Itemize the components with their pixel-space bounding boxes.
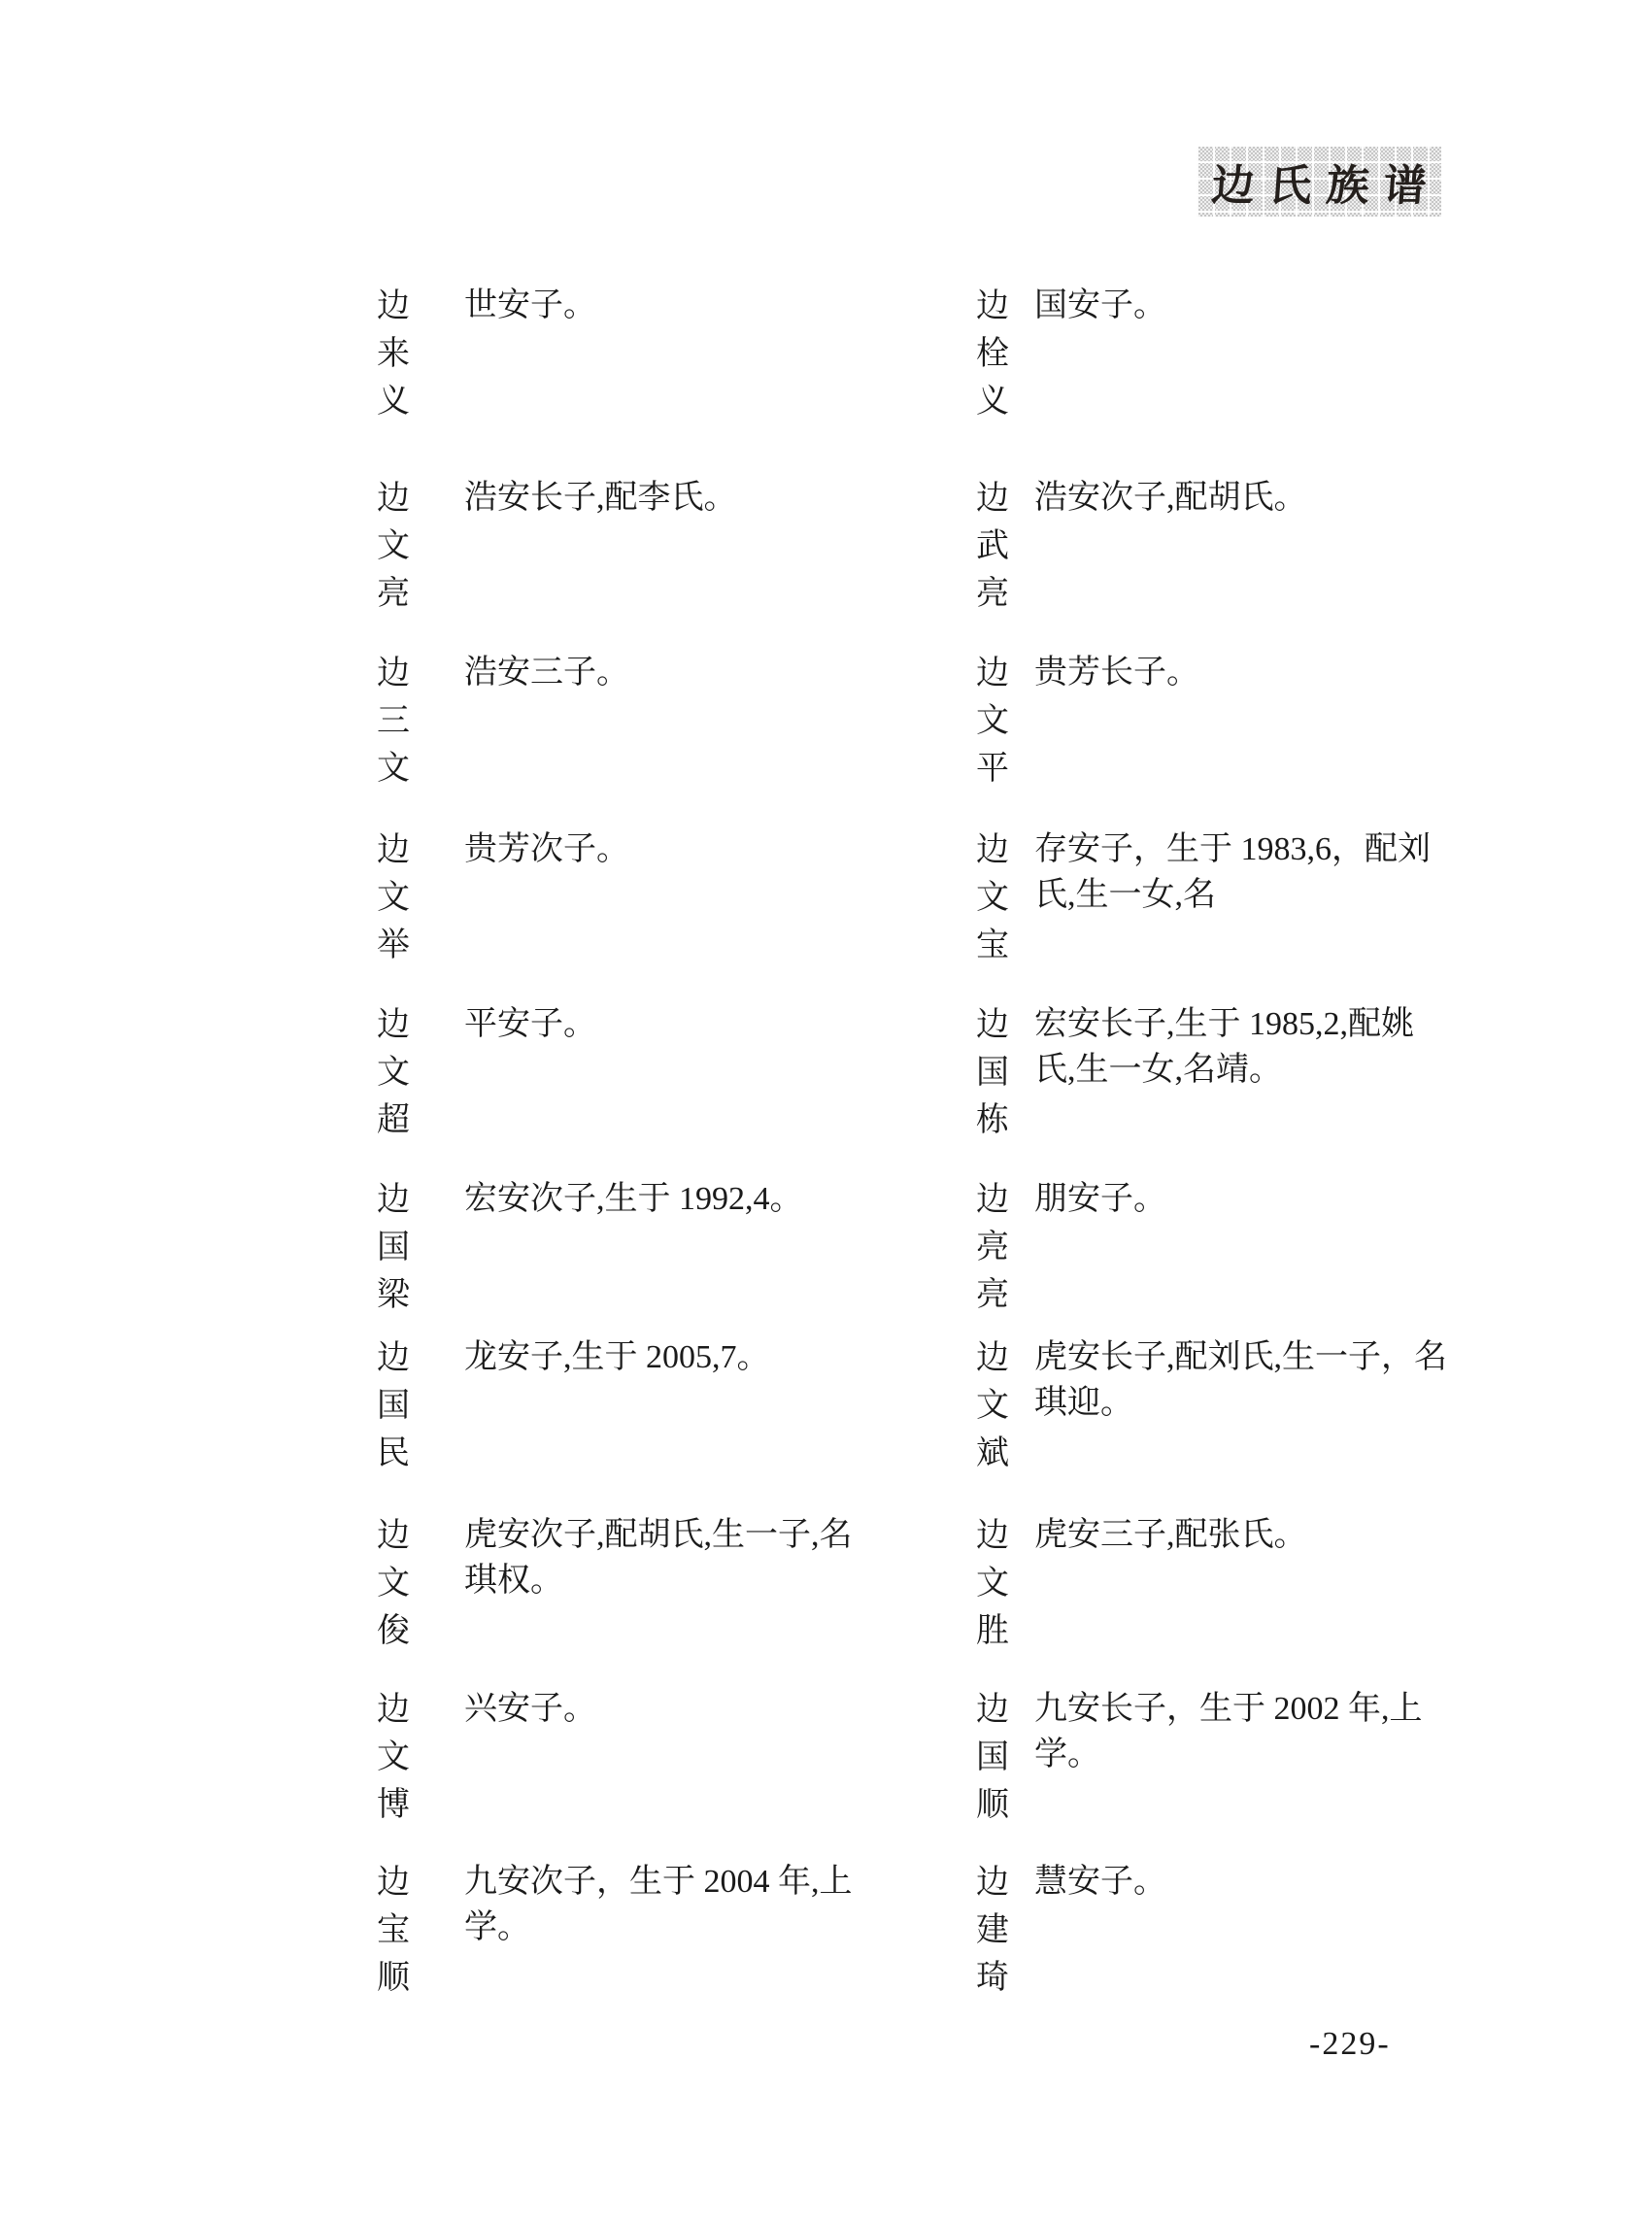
person-name: 边文平: [976, 650, 1013, 793]
entry-description: 九安次子，生于 2004 年,上学。: [464, 1859, 882, 1950]
entry-description: 贵芳长子。: [1034, 650, 1454, 695]
entry-description: 九安长子，生于 2002 年,上学。: [1034, 1686, 1454, 1777]
person-name: 边文亮: [377, 475, 414, 618]
book-title: 边氏族谱: [1195, 151, 1442, 213]
entry-description: 宏安次子,生于 1992,4。: [464, 1176, 882, 1222]
entry-description: 世安子。: [464, 283, 882, 328]
person-name: 边文胜: [976, 1512, 1013, 1655]
person-name: 边宝顺: [377, 1859, 414, 2002]
person-name: 边文宝: [976, 826, 1013, 969]
entry-description: 浩安次子,配胡氏。: [1034, 475, 1454, 521]
person-name: 边文博: [377, 1686, 414, 1829]
person-name: 边文举: [377, 826, 414, 969]
entry-description: 虎安长子,配刘氏,生一子，名琪迎。: [1034, 1334, 1454, 1426]
person-name: 边栓义: [976, 283, 1013, 425]
entry-description: 朋安子。: [1034, 1176, 1454, 1222]
person-name: 边文斌: [976, 1334, 1013, 1477]
entry-description: 虎安三子,配张氏。: [1034, 1512, 1454, 1558]
entry-description: 虎安次子,配胡氏,生一子,名琪权。: [464, 1512, 882, 1603]
entry-description: 慧安子。: [1034, 1859, 1454, 1905]
person-name: 边国梁: [377, 1176, 414, 1319]
person-name: 边建琦: [976, 1859, 1013, 2002]
person-name: 边来义: [377, 283, 414, 425]
person-name: 边文俊: [377, 1512, 414, 1655]
entry-description: 浩安长子,配李氏。: [464, 475, 882, 521]
entry-description: 龙安子,生于 2005,7。: [464, 1334, 882, 1380]
person-name: 边三文: [377, 650, 414, 793]
entry-description: 存安子，生于 1983,6，配刘氏,生一女,名: [1034, 826, 1454, 918]
person-name: 边国栋: [976, 1001, 1013, 1144]
book-title-banner: 边氏族谱: [1197, 147, 1441, 217]
person-name: 边亮亮: [976, 1176, 1013, 1319]
entry-description: 平安子。: [464, 1001, 882, 1047]
page-number: -229-: [1309, 2026, 1391, 2063]
genealogy-page: 边氏族谱 边来义 世安子。 边栓义 国安子。 边文亮 浩安长子,配李氏。 边武亮…: [0, 0, 1652, 2226]
entry-description: 兴安子。: [464, 1686, 882, 1732]
person-name: 边国顺: [976, 1686, 1013, 1829]
person-name: 边国民: [377, 1334, 414, 1477]
person-name: 边武亮: [976, 475, 1013, 618]
person-name: 边文超: [377, 1001, 414, 1144]
entry-description: 宏安长子,生于 1985,2,配姚氏,生一女,名靖。: [1034, 1001, 1454, 1093]
entry-description: 贵芳次子。: [464, 826, 882, 872]
entry-description: 国安子。: [1034, 283, 1454, 328]
entry-description: 浩安三子。: [464, 650, 882, 695]
